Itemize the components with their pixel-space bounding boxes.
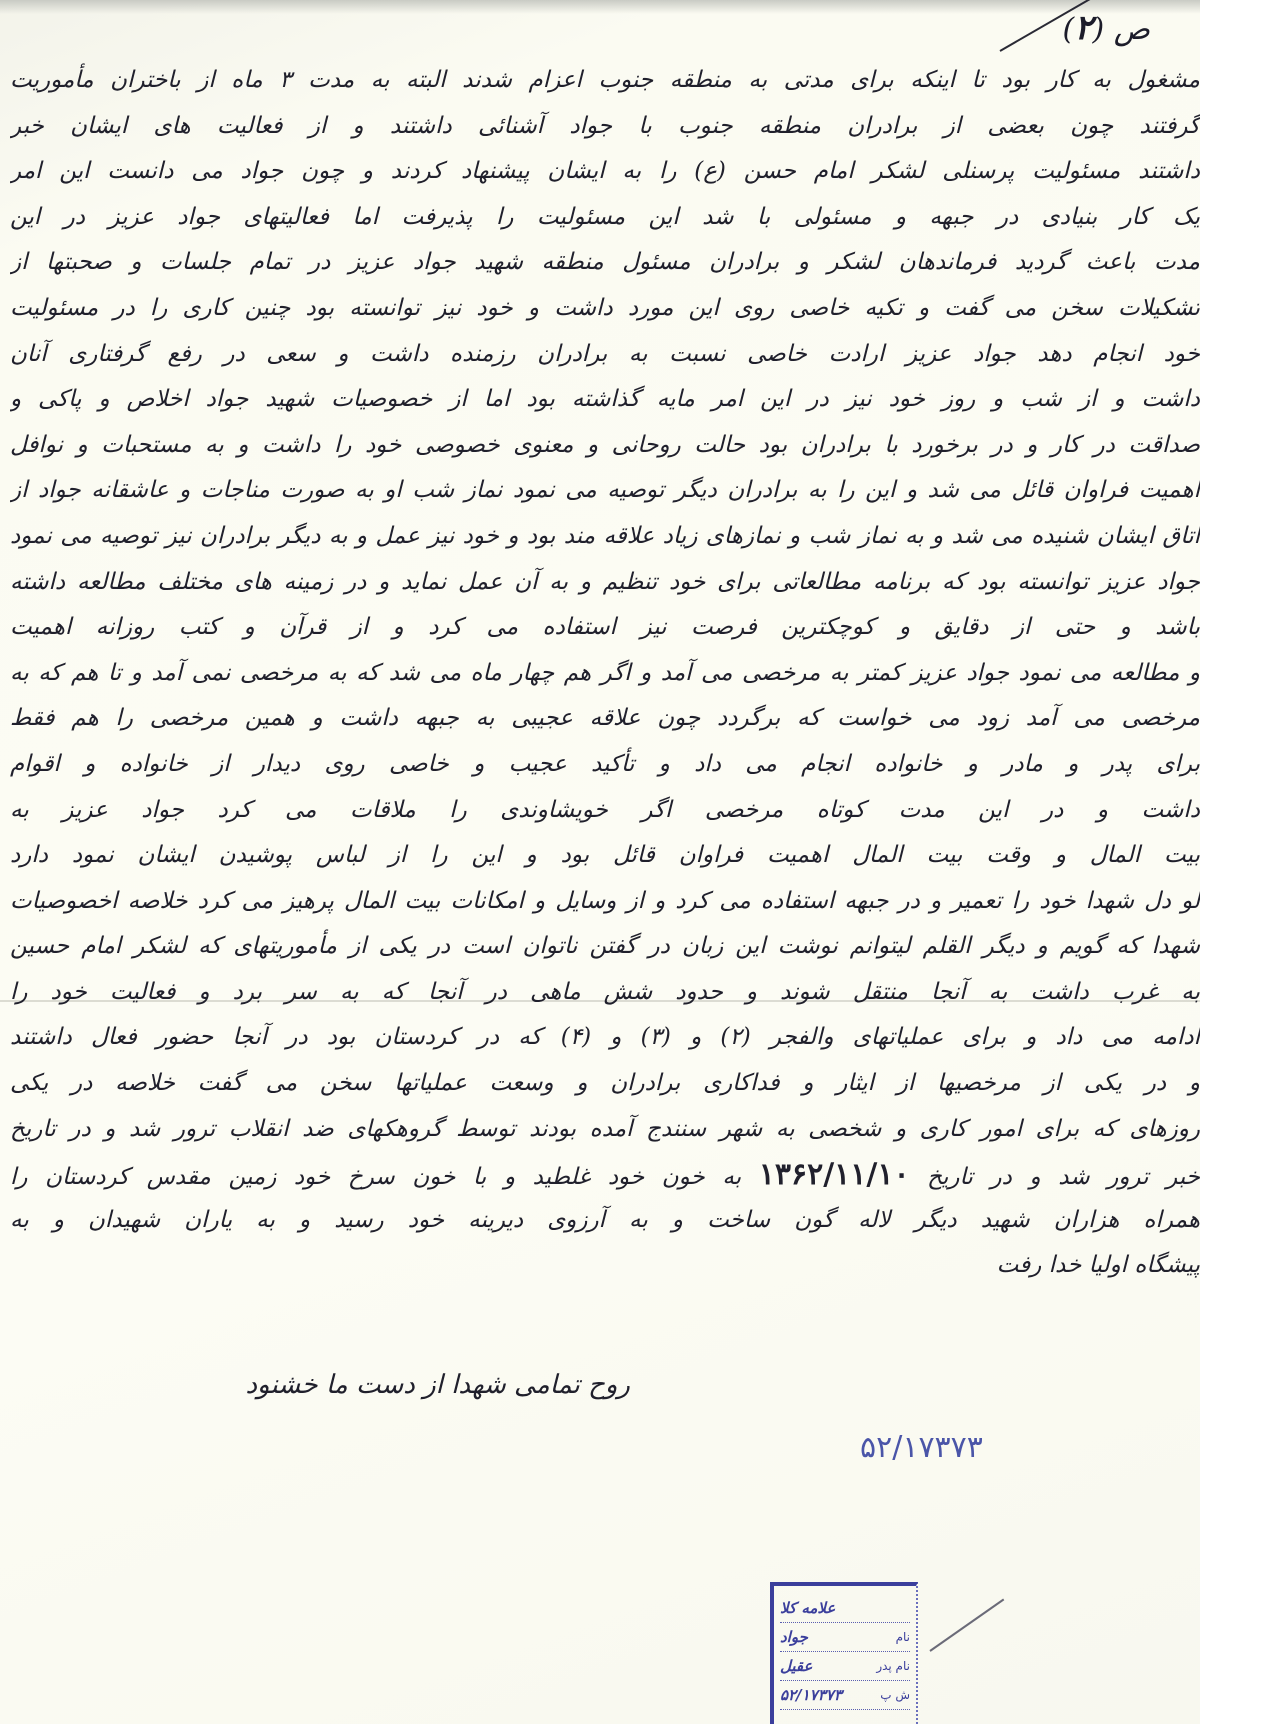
stamp-value: علامه کلا (780, 1594, 835, 1622)
text-line: تشکیلات سخن می گفت و تکیه خاصی روی این م… (10, 286, 1200, 332)
text-line: بیت المال و وقت بیت المال اهمیت فراوان ق… (10, 833, 1200, 879)
text-line: و مطالعه می نمود جواد عزیز کمتر به مرخصی… (10, 651, 1200, 697)
text-line: همراه هزاران شهید دیگر لاله گون ساخت و ب… (10, 1198, 1200, 1244)
text-line: لو دل شهدا خود را تعمیر و در جبهه استفاد… (10, 879, 1200, 925)
date-line: خبر ترور شد و در تاریخ ۱۳۶۲/۱۱/۱۰ به خون… (10, 1152, 1200, 1198)
date-line-before: خبر ترور شد و در تاریخ (910, 1164, 1200, 1190)
text-line: شهدا که گویم و دیگر القلم لیتوانم نوشت ا… (10, 924, 1200, 970)
handwritten-body: مشغول به کار بود تا اینکه برای مدتی به م… (10, 58, 1200, 1289)
date-line-after: به خون خود غلطید و با خون سرخ خود زمین م… (10, 1164, 759, 1190)
text-line: به غرب داشت به آنجا منتقل شوند و حدود شش… (10, 970, 1200, 1016)
stamp-value: جواد (780, 1623, 808, 1651)
text-line: یک کار بنیادی در جبهه و مسئولی با شد این… (10, 195, 1200, 241)
text-line: مدت باعث گردید فرماندهان لشکر و برادران … (10, 240, 1200, 286)
text-line: داشتند مسئولیت پرسنلی لشکر امام حسن (ع) … (10, 149, 1200, 195)
text-line: داشت و از شب و روز خود نیز در این امر ما… (10, 377, 1200, 423)
page-close-paren: ) (1062, 12, 1074, 47)
text-line: صداقت در کار و در برخورد با برادران بود … (10, 423, 1200, 469)
text-line: و در یکی از مرخصیها از ایثار و فداکاری ب… (10, 1061, 1200, 1107)
stamp-row: علامه کلا (780, 1594, 910, 1623)
stamp-value: ۵۲/۱۷۳۷۳ (780, 1681, 842, 1709)
archive-stamp: علامه کلانامجوادنام پدرعقیلش پ۵۲/۱۷۳۷۳ (770, 1582, 918, 1724)
text-line: خود انجام دهد جواد عزیز ارادت خاصی نسبت … (10, 332, 1200, 378)
stamp-value: عقیل (780, 1652, 812, 1680)
text-line: جواد عزیز توانسته بود که برنامه مطالعاتی… (10, 560, 1200, 606)
reference-number: ۵۲/۱۷۳۷۳ (860, 1430, 983, 1465)
stamp-label: ش پ (880, 1681, 910, 1709)
text-line: داشت و در این مدت کوتاه مرخصی اگر خویشاو… (10, 788, 1200, 834)
stamp-row: نامجواد (780, 1623, 910, 1652)
text-line: برای پدر و مادر و خانواده انجام می داد و… (10, 742, 1200, 788)
text-line: باشد و حتی از دقایق و کوچکترین فرصت نیز … (10, 605, 1200, 651)
page-number: ص (۲) (1000, 8, 1150, 48)
text-line: اهمیت فراوان قائل می شد و این را به براد… (10, 468, 1200, 514)
stamp-row: نام پدرعقیل (780, 1652, 910, 1681)
stamp-row: ش پ۵۲/۱۷۳۷۳ (780, 1681, 910, 1710)
page-number-value: ۲ (1074, 8, 1092, 48)
stamp-label: نام (896, 1623, 910, 1651)
closing-line: روح تمامی شهدا از دست ما خشنود (10, 1370, 630, 1400)
text-line: ادامه می داد و برای عملیاتهای والفجر (۲)… (10, 1015, 1200, 1061)
stamp-label: نام پدر (876, 1652, 910, 1680)
text-line: گرفتند چون بعضی از برادران منطقه جنوب با… (10, 104, 1200, 150)
text-line: پیشگاه اولیا خدا رفت (10, 1243, 1200, 1289)
page-prefix: ص (1114, 12, 1150, 47)
martyrdom-date: ۱۳۶۲/۱۱/۱۰ (759, 1157, 910, 1192)
scan-margin (1200, 0, 1270, 1724)
text-line: مشغول به کار بود تا اینکه برای مدتی به م… (10, 58, 1200, 104)
text-line: مرخصی می آمد زود می خواست که برگردد چون … (10, 696, 1200, 742)
text-line: اتاق ایشان شنیده می شد و به نماز شب و نم… (10, 514, 1200, 560)
text-line: روزهای که برای امور کاری و شخصی به شهر س… (10, 1107, 1200, 1153)
page-open-paren: ( (1092, 12, 1104, 47)
